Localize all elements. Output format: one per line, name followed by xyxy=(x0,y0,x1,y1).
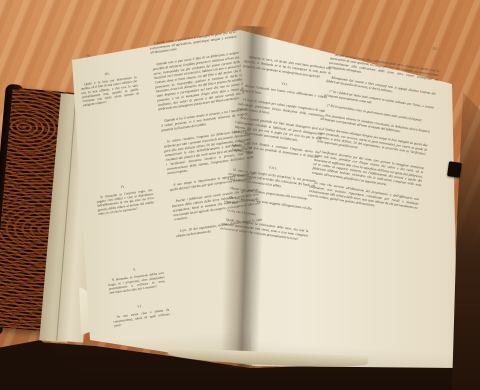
fore-edge-shadow xyxy=(452,92,480,390)
book-photo: 50 III. Quale è la base per determinare … xyxy=(0,0,480,390)
question-paragraph: Quale è la base per determinare la rendi… xyxy=(80,75,140,107)
answer-paragraph: E quindi viene, e perciò non si consegna… xyxy=(149,30,237,56)
question-paragraph: Si domanda se l'imposta regia, che pagan… xyxy=(96,188,155,216)
answer-paragraph: Quando non si può avere il fitto di un f… xyxy=(152,51,245,112)
page-number-left: 50 xyxy=(86,53,91,58)
page-number-right: 51 xyxy=(432,46,437,51)
clasp-mark xyxy=(447,161,462,178)
question-paragraph: Si domanda, se l'esenzione debba aver lu… xyxy=(108,271,167,295)
